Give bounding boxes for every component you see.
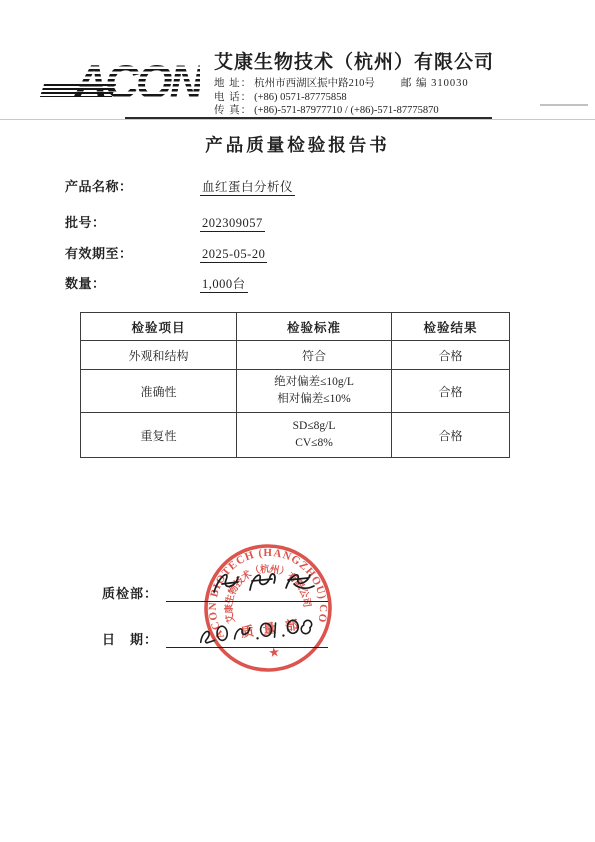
field-label: 数量： <box>65 273 200 292</box>
field-label: 有效期至： <box>65 243 200 262</box>
cell-standard: 符合 <box>237 341 392 370</box>
page-title: 产品质量检验报告书 <box>0 132 595 157</box>
cell-result: 合格 <box>392 370 510 413</box>
field-expiry-date: 有效期至：2025-05-20 <box>65 243 267 262</box>
company-stamp: ACON BIOTECH (HANGZHOU) CO., LTD 艾康生物技术（… <box>192 532 343 683</box>
inspection-table: 检验项目 检验标准 检验结果 外观和结构 符合 合格 准确性 绝对偏差≤10g/… <box>80 312 510 458</box>
address-value: 杭州市西湖区振中路210号 <box>254 78 375 89</box>
acon-logo: ACON <box>42 56 210 114</box>
document-page: ACON 艾康生物技术（杭州）有限公司 地 址：杭州市西湖区振中路210号邮 编… <box>0 0 595 842</box>
field-label: 批号： <box>65 212 200 231</box>
handwritten-signature <box>208 566 328 602</box>
field-label: 产品名称： <box>65 176 200 195</box>
company-contact: 地 址：杭州市西湖区振中路210号邮 编 310030 电 话：(+86) 05… <box>214 77 574 118</box>
fax-value: (+86)-571-87977710 / (+86)-571-87775870 <box>254 105 438 116</box>
phone-value: (+86) 0571-87775858 <box>254 92 347 103</box>
header-divider-light <box>0 119 595 120</box>
field-value: 202309057 <box>200 216 265 232</box>
cell-standard: 绝对偏差≤10g/L 相对偏差≤10% <box>237 370 392 413</box>
fax-line: 传 真：(+86)-571-87977710 / (+86)-571-87775… <box>214 104 574 118</box>
table-header-row: 检验项目 检验标准 检验结果 <box>81 313 510 341</box>
cell-result: 合格 <box>392 341 510 370</box>
cell-item: 准确性 <box>81 370 237 413</box>
field-value: 2025-05-20 <box>200 247 267 263</box>
postcode-label: 邮 编 <box>401 78 428 89</box>
cell-standard: SD≤8g/L CV≤8% <box>237 413 392 458</box>
table-row: 重复性 SD≤8g/L CV≤8% 合格 <box>81 413 510 458</box>
date-label: 日 期： <box>102 632 158 647</box>
standard-line: SD≤8g/L <box>241 418 387 435</box>
field-value: 1,000台 <box>200 277 248 293</box>
phone-label: 电 话： <box>214 92 252 103</box>
standard-line: CV≤8% <box>241 435 387 452</box>
fax-label: 传 真： <box>214 105 252 116</box>
col-header-item: 检验项目 <box>81 313 237 341</box>
address-label: 地 址： <box>214 78 252 89</box>
field-product-name: 产品名称：血红蛋白分析仪 <box>65 176 295 195</box>
company-header: 艾康生物技术（杭州）有限公司 地 址：杭州市西湖区振中路210号邮 编 3100… <box>214 47 574 118</box>
cell-item: 外观和结构 <box>81 341 237 370</box>
postcode-value: 310030 <box>431 78 469 89</box>
address-line: 地 址：杭州市西湖区振中路210号邮 编 310030 <box>214 77 574 91</box>
header-divider <box>125 117 492 119</box>
standard-line: 绝对偏差≤10g/L <box>241 374 387 391</box>
table-row: 外观和结构 符合 合格 <box>81 341 510 370</box>
company-name: 艾康生物技术（杭州）有限公司 <box>214 47 574 74</box>
standard-line: 相对偏差≤10% <box>241 391 387 408</box>
cell-result: 合格 <box>392 413 510 458</box>
col-header-result: 检验结果 <box>392 313 510 341</box>
field-quantity: 数量：1,000台 <box>65 273 248 292</box>
field-batch-number: 批号：202309057 <box>65 212 265 231</box>
cell-item: 重复性 <box>81 413 237 458</box>
col-header-standard: 检验标准 <box>237 313 392 341</box>
stamp-star-icon: ★ <box>268 645 282 661</box>
handwritten-date <box>196 614 328 646</box>
logo-text: ACON <box>74 54 200 109</box>
scan-artifact <box>540 104 588 106</box>
phone-line: 电 话：(+86) 0571-87775858 <box>214 91 574 105</box>
qa-department-label: 质检部： <box>102 586 158 601</box>
field-value: 血红蛋白分析仪 <box>200 180 295 196</box>
table-row: 准确性 绝对偏差≤10g/L 相对偏差≤10% 合格 <box>81 370 510 413</box>
